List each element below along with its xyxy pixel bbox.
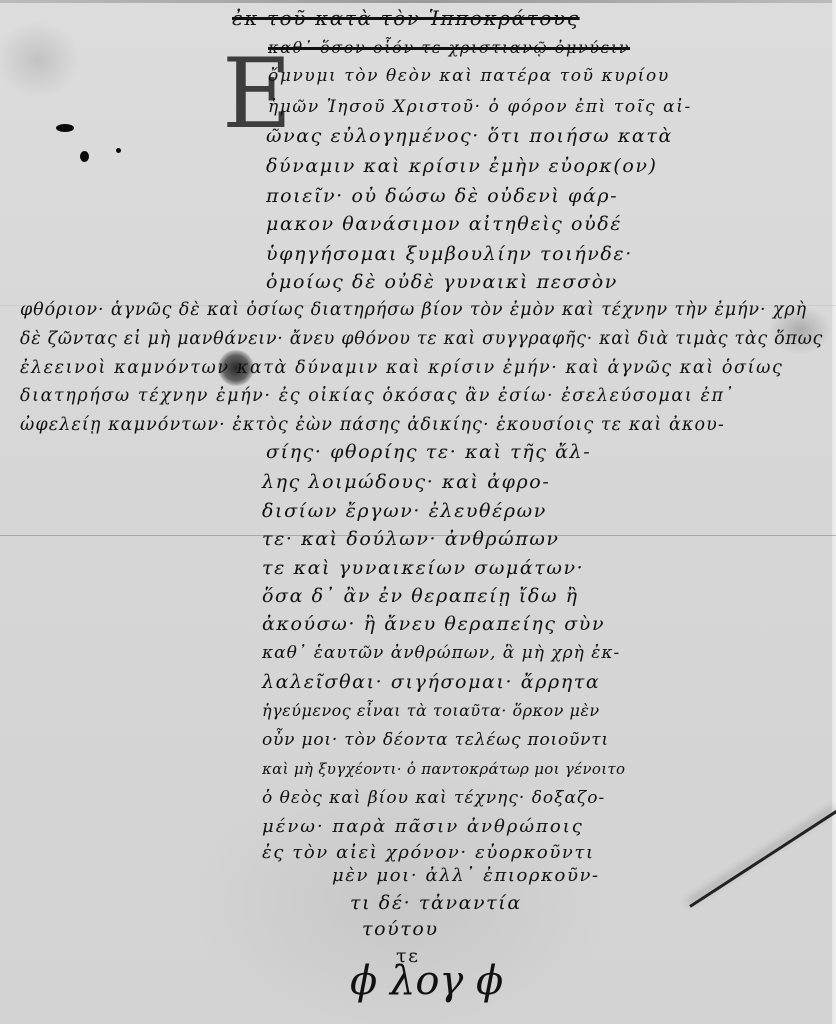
page-right-edge [832,0,836,1024]
manuscript-line: ὠφελείῃ καμνόντων· ἐκτὸς ἐὼν πάσης ἀδικί… [20,413,725,437]
manuscript-line: δὲ ζῶντας εἰ μὴ μανθάνειν· ἄνευ φθόνου τ… [20,327,823,351]
manuscript-line: ὄμνυμι τὸν θεὸν καὶ πατέρα τοῦ κυρίου [268,64,670,88]
ink-blot [56,124,74,132]
manuscript-line: μὲν μοι· ἀλλ᾽ ἐπιορκοῦν- [332,864,600,888]
manuscript-line: ὁ θεὸς καὶ βίου καὶ τέχνης· δοξαζο- [262,786,605,810]
manuscript-line: τούτου [362,917,439,941]
manuscript-line: δισίων ἔργων· ἐλευθέρων [262,499,547,523]
ink-blot [116,148,121,153]
manuscript-line: ὁμοίως δὲ οὐδὲ γυναικὶ πεσσὸν [266,270,618,294]
manuscript-line: καὶ μὴ ξυγχέοντι· ὁ παντοκράτωρ μοι γένο… [262,757,625,781]
page-top-edge [0,0,836,3]
manuscript-line: μακον θανάσιμον αἰτηθεὶς οὐδέ [266,212,622,236]
manuscript-line: σίης· φθορίης τε· καὶ τῆς ἄλ- [266,440,591,464]
manuscript-line: τε καὶ γυναικείων σωμάτων· [262,556,584,580]
manuscript-line: λης λοιμώδους· καὶ ἀφρο- [262,470,550,494]
manuscript-line: ἡμῶν Ἰησοῦ Χριστοῦ· ὁ φόρον ἐπὶ τοῖς αἰ- [268,95,692,119]
manuscript-line: καθ᾽ ὅσον οἷόν τε χριστιανῷ ὀμνύειν [268,36,630,60]
manuscript-line: ἡγεύμενος εἶναι τὰ τοιαῦτα· ὅρκον μὲν [262,699,600,723]
manuscript-line: ἐλεεινοὶ καμνόντων κατὰ δύναμιν καὶ κρίσ… [20,356,783,380]
manuscript-line: ἐς τὸν αἰεὶ χρόνον· εὐορκοῦντι [262,841,595,865]
manuscript-line: οὖν μοι· τὸν δέοντα τελέως ποιοῦντι [262,728,609,752]
closing-monogram: ϕ λογ ϕ [350,958,503,1004]
manuscript-line: καθ᾽ ἑαυτῶν ἀνθρώπων, ἃ μὴ χρὴ ἐκ- [262,641,620,665]
manuscript-line: τε· καὶ δούλων· ἀνθρώπων [262,527,560,551]
manuscript-line: ὑφηγήσομαι ξυμβουλίην τοιήνδε· [266,242,633,266]
manuscript-line: λαλεῖσθαι· σιγήσομαι· ἄρρητα [262,670,600,694]
manuscript-line: φθόριον· ἁγνῶς δὲ καὶ ὁσίως διατηρήσω βί… [20,298,807,322]
ink-blot [80,151,89,162]
manuscript-line: ὅσα δ᾽ ἂν ἐν θεραπείῃ ἴδω ἢ [262,584,579,608]
manuscript-line: ῶνας εὐλογημένος· ὅτι ποιήσω κατὰ [266,124,673,148]
paper-crease [689,810,836,908]
manuscript-line: διατηρήσω τέχνην ἐμήν· ἐς οἰκίας ὁκόσας … [20,384,735,408]
manuscript-line: μένω· παρὰ πᾶσιν ἀνθρώποις [262,815,584,839]
manuscript-line: τι δέ· τἀναντία [350,891,522,915]
manuscript-line: ποιεῖν· οὐ δώσω δὲ οὐδενὶ φάρ- [266,184,618,208]
manuscript-line: ἀκούσω· ἢ ἄνευ θεραπείης σὺν [262,612,605,636]
manuscript-heading: ἐκ τοῦ κατὰ τὸν Ἱπποκράτους [232,6,580,30]
manuscript-line: δύναμιν καὶ κρίσιν ἐμὴν εὐορκ(ον) [266,154,658,178]
manuscript-page: Ε ἐκ τοῦ κατὰ τὸν Ἱπποκράτους καθ᾽ ὅσον … [0,0,836,1024]
